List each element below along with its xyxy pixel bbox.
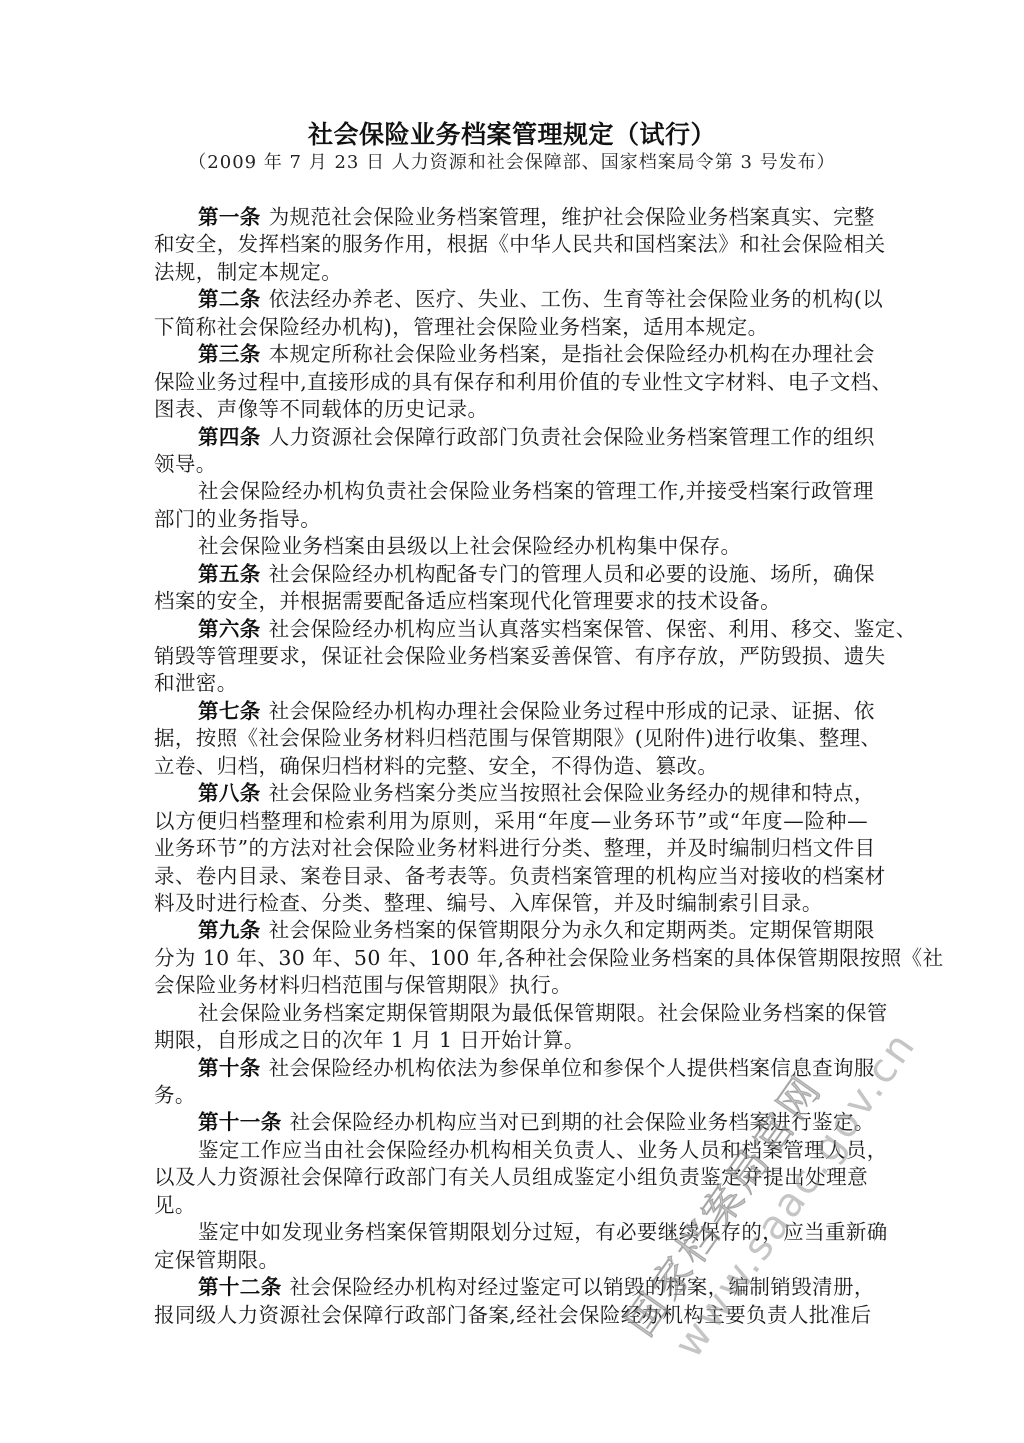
line-text: 社会保险经办机构应当认真落实档案保管、保密、利用、移交、鉴定、 bbox=[269, 617, 917, 641]
text-line: 鉴定工作应当由社会保险经办机构相关负责人、业务人员和档案管理人员， bbox=[154, 1137, 868, 1164]
line-text: 社会保险业务档案定期保管期限为最低保管期限。社会保险业务档案的保管 bbox=[198, 1001, 888, 1025]
line-text: 立卷、归档，确保归档材料的完整、安全，不得伪造、篡改。 bbox=[154, 754, 718, 778]
line-text: 社会保险经办机构应当对已到期的社会保险业务档案进行鉴定。 bbox=[290, 1110, 875, 1134]
line-text: 料及时进行检查、分类、整理、编号、入库保管，并及时编制索引目录。 bbox=[154, 891, 823, 915]
line-text: 社会保险经办机构负责社会保险业务档案的管理工作,并接受档案行政管理 bbox=[198, 479, 874, 503]
line-text: 社会保险经办机构办理社会保险业务过程中形成的记录、证据、依 bbox=[269, 699, 875, 723]
text-line: 立卷、归档，确保归档材料的完整、安全，不得伪造、篡改。 bbox=[154, 753, 868, 780]
article-line: 第九条社会保险业务档案的保管期限分为永久和定期两类。定期保管期限 bbox=[154, 917, 868, 944]
line-text: 图表、声像等不同载体的历史记录。 bbox=[154, 397, 488, 421]
text-line: 以及人力资源社会保障行政部门有关人员组成鉴定小组负责鉴定并提出处理意 bbox=[154, 1164, 868, 1191]
text-line: 保险业务过程中,直接形成的具有保存和利用价值的专业性文字材料、电子文档、 bbox=[154, 369, 868, 396]
text-line: 下简称社会保险经办机构)，管理社会保险业务档案，适用本规定。 bbox=[154, 314, 868, 341]
line-text: 保险业务过程中,直接形成的具有保存和利用价值的专业性文字材料、电子文档、 bbox=[154, 370, 892, 394]
article-number: 第十二条 bbox=[198, 1275, 282, 1299]
line-text: 分为 10 年、30 年、50 年、100 年,各种社会保险业务档案的具体保管期… bbox=[154, 946, 943, 970]
document-body: 第一条为规范社会保险业务档案管理，维护社会保险业务档案真实、完整和安全，发挥档案… bbox=[154, 204, 868, 1329]
line-text: 和泄密。 bbox=[154, 671, 238, 695]
article-number: 第七条 bbox=[198, 699, 261, 723]
line-text: 和安全，发挥档案的服务作用，根据《中华人民共和国档案法》和社会保险相关 bbox=[154, 232, 886, 256]
line-text: 部门的业务指导。 bbox=[154, 507, 321, 531]
line-text: 以方便归档整理和检索利用为原则，采用“年度—业务环节”或“年度—险种— bbox=[154, 809, 868, 833]
line-text: 会保险业务材料归档范围与保管期限》执行。 bbox=[154, 973, 572, 997]
text-line: 社会保险业务档案由县级以上社会保险经办机构集中保存。 bbox=[154, 533, 868, 560]
line-text: 社会保险经办机构配备专门的管理人员和必要的设施、场所，确保 bbox=[269, 562, 875, 586]
line-text: 为规范社会保险业务档案管理，维护社会保险业务档案真实、完整 bbox=[269, 205, 875, 229]
article-line: 第一条为规范社会保险业务档案管理，维护社会保险业务档案真实、完整 bbox=[154, 204, 868, 231]
text-line: 领导。 bbox=[154, 451, 868, 478]
line-text: 业务环节”的方法对社会保险业务材料进行分类、整理，并及时编制归档文件目 bbox=[154, 836, 875, 860]
article-line: 第十条社会保险经办机构依法为参保单位和参保个人提供档案信息查询服 bbox=[154, 1055, 868, 1082]
line-text: 下简称社会保险经办机构)，管理社会保险业务档案，适用本规定。 bbox=[154, 315, 769, 339]
text-line: 分为 10 年、30 年、50 年、100 年,各种社会保险业务档案的具体保管期… bbox=[154, 945, 868, 972]
text-line: 报同级人力资源社会保障行政部门备案,经社会保险经办机构主要负责人批准后 bbox=[154, 1302, 868, 1329]
text-line: 会保险业务材料归档范围与保管期限》执行。 bbox=[154, 972, 868, 999]
article-line: 第三条本规定所称社会保险业务档案，是指社会保险经办机构在办理社会 bbox=[154, 341, 868, 368]
line-text: 期限，自形成之日的次年 1 月 1 日开始计算。 bbox=[154, 1028, 585, 1052]
line-text: 务。 bbox=[154, 1083, 196, 1107]
document-subtitle: （2009 年 7 月 23 日 人力资源和社会保障部、国家档案局令第 3 号发… bbox=[0, 151, 1024, 175]
article-number: 第二条 bbox=[198, 287, 261, 311]
article-number: 第九条 bbox=[198, 918, 261, 942]
text-line: 档案的安全，并根据需要配备适应档案现代化管理要求的技术设备。 bbox=[154, 588, 868, 615]
article-number: 第十一条 bbox=[198, 1110, 282, 1134]
line-text: 以及人力资源社会保障行政部门有关人员组成鉴定小组负责鉴定并提出处理意 bbox=[154, 1165, 868, 1189]
line-text: 据，按照《社会保险业务材料归档范围与保管期限》(见附件)进行收集、整理、 bbox=[154, 726, 881, 750]
text-line: 和泄密。 bbox=[154, 670, 868, 697]
line-text: 社会保险经办机构依法为参保单位和参保个人提供档案信息查询服 bbox=[269, 1056, 875, 1080]
article-number: 第六条 bbox=[198, 617, 261, 641]
article-line: 第二条依法经办养老、医疗、失业、工伤、生育等社会保险业务的机构(以 bbox=[154, 286, 868, 313]
text-line: 图表、声像等不同载体的历史记录。 bbox=[154, 396, 868, 423]
article-line: 第十一条社会保险经办机构应当对已到期的社会保险业务档案进行鉴定。 bbox=[154, 1109, 868, 1136]
line-text: 人力资源社会保障行政部门负责社会保险业务档案管理工作的组织 bbox=[269, 425, 875, 449]
line-text: 鉴定工作应当由社会保险经办机构相关负责人、业务人员和档案管理人员， bbox=[198, 1138, 888, 1162]
text-line: 销毁等管理要求，保证社会保险业务档案妥善保管、有序存放，严防毁损、遗失 bbox=[154, 643, 868, 670]
text-line: 务。 bbox=[154, 1082, 868, 1109]
line-text: 社会保险业务档案由县级以上社会保险经办机构集中保存。 bbox=[198, 534, 741, 558]
article-number: 第三条 bbox=[198, 342, 261, 366]
text-line: 以方便归档整理和检索利用为原则，采用“年度—业务环节”或“年度—险种— bbox=[154, 808, 868, 835]
line-text: 依法经办养老、医疗、失业、工伤、生育等社会保险业务的机构(以 bbox=[269, 287, 884, 311]
article-line: 第四条人力资源社会保障行政部门负责社会保险业务档案管理工作的组织 bbox=[154, 424, 868, 451]
text-line: 业务环节”的方法对社会保险业务材料进行分类、整理，并及时编制归档文件目 bbox=[154, 835, 868, 862]
text-line: 社会保险业务档案定期保管期限为最低保管期限。社会保险业务档案的保管 bbox=[154, 1000, 868, 1027]
line-text: 本规定所称社会保险业务档案，是指社会保险经办机构在办理社会 bbox=[269, 342, 875, 366]
article-number: 第四条 bbox=[198, 425, 261, 449]
article-line: 第十二条社会保险经办机构对经过鉴定可以销毁的档案，编制销毁清册， bbox=[154, 1274, 868, 1301]
line-text: 法规，制定本规定。 bbox=[154, 260, 342, 284]
article-line: 第七条社会保险经办机构办理社会保险业务过程中形成的记录、证据、依 bbox=[154, 698, 868, 725]
text-line: 据，按照《社会保险业务材料归档范围与保管期限》(见附件)进行收集、整理、 bbox=[154, 725, 868, 752]
line-text: 定保管期限。 bbox=[154, 1248, 279, 1272]
line-text: 社会保险业务档案分类应当按照社会保险业务经办的规律和特点， bbox=[269, 781, 875, 805]
text-line: 社会保险经办机构负责社会保险业务档案的管理工作,并接受档案行政管理 bbox=[154, 478, 868, 505]
text-line: 部门的业务指导。 bbox=[154, 506, 868, 533]
article-number: 第十条 bbox=[198, 1056, 261, 1080]
article-number: 第五条 bbox=[198, 562, 261, 586]
text-line: 和安全，发挥档案的服务作用，根据《中华人民共和国档案法》和社会保险相关 bbox=[154, 231, 868, 258]
text-line: 法规，制定本规定。 bbox=[154, 259, 868, 286]
text-line: 期限，自形成之日的次年 1 月 1 日开始计算。 bbox=[154, 1027, 868, 1054]
line-text: 档案的安全，并根据需要配备适应档案现代化管理要求的技术设备。 bbox=[154, 589, 781, 613]
article-line: 第五条社会保险经办机构配备专门的管理人员和必要的设施、场所，确保 bbox=[154, 561, 868, 588]
line-text: 鉴定中如发现业务档案保管期限划分过短，有必要继续保存的，应当重新确 bbox=[198, 1220, 888, 1244]
text-line: 鉴定中如发现业务档案保管期限划分过短，有必要继续保存的，应当重新确 bbox=[154, 1219, 868, 1246]
line-text: 录、卷内目录、案卷目录、备考表等。负责档案管理的机构应当对接收的档案材 bbox=[154, 864, 886, 888]
line-text: 见。 bbox=[154, 1193, 196, 1217]
text-line: 见。 bbox=[154, 1192, 868, 1219]
article-line: 第八条社会保险业务档案分类应当按照社会保险业务经办的规律和特点， bbox=[154, 780, 868, 807]
line-text: 销毁等管理要求，保证社会保险业务档案妥善保管、有序存放，严防毁损、遗失 bbox=[154, 644, 886, 668]
text-line: 料及时进行检查、分类、整理、编号、入库保管，并及时编制索引目录。 bbox=[154, 890, 868, 917]
article-line: 第六条社会保险经办机构应当认真落实档案保管、保密、利用、移交、鉴定、 bbox=[154, 616, 868, 643]
line-text: 社会保险业务档案的保管期限分为永久和定期两类。定期保管期限 bbox=[269, 918, 875, 942]
text-line: 定保管期限。 bbox=[154, 1247, 868, 1274]
line-text: 领导。 bbox=[154, 452, 217, 476]
line-text: 报同级人力资源社会保障行政部门备案,经社会保险经办机构主要负责人批准后 bbox=[154, 1303, 872, 1327]
text-line: 录、卷内目录、案卷目录、备考表等。负责档案管理的机构应当对接收的档案材 bbox=[154, 863, 868, 890]
document-title: 社会保险业务档案管理规定（试行） bbox=[0, 118, 1024, 152]
article-number: 第一条 bbox=[198, 205, 261, 229]
article-number: 第八条 bbox=[198, 781, 261, 805]
line-text: 社会保险经办机构对经过鉴定可以销毁的档案，编制销毁清册， bbox=[290, 1275, 875, 1299]
